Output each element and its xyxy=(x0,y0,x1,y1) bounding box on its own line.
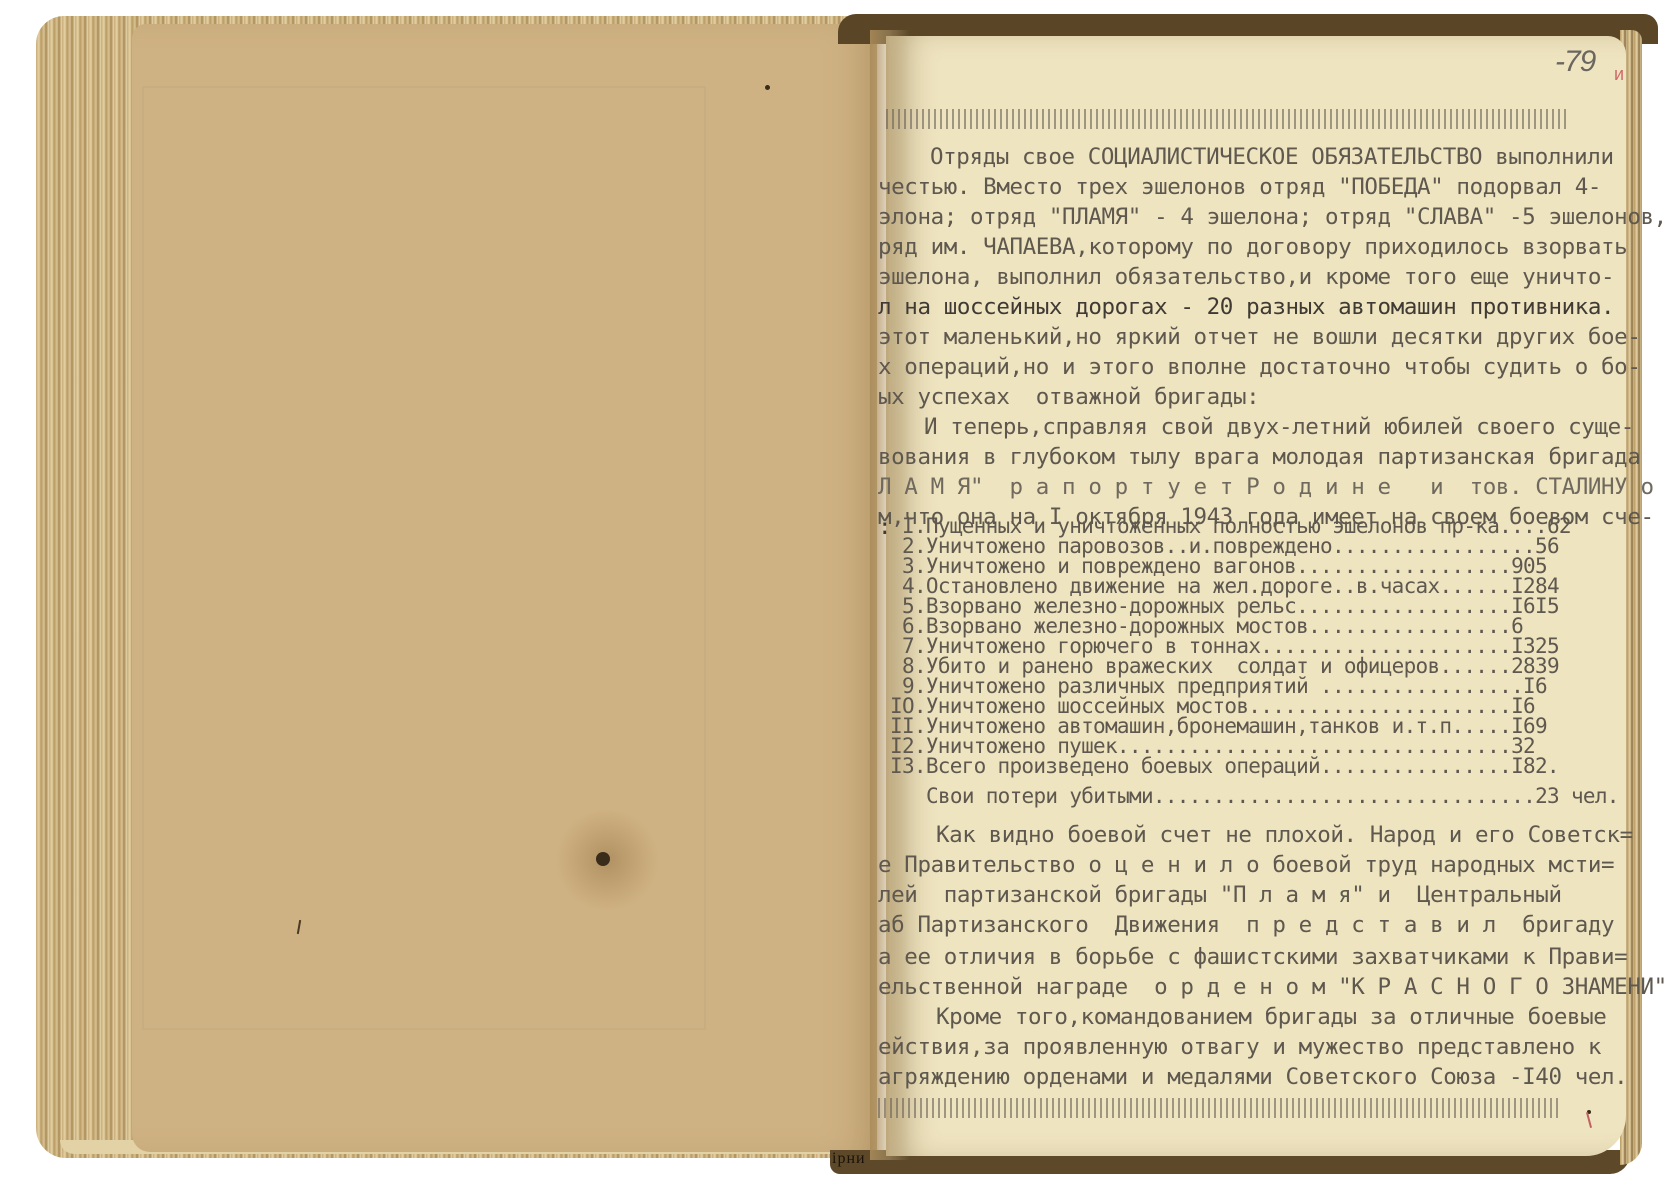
text-line: Как видно боевой счет не плохой. Народ и… xyxy=(936,822,1633,848)
text-line: а ее отличия в борьбе с фашистскими захв… xyxy=(878,944,1627,970)
left-page-ink-spot xyxy=(596,852,610,866)
text-line: честью. Вместо трех эшелонов отряд "ПОБЕ… xyxy=(878,174,1601,200)
text-line: вования в глубоком тылу врага молодая па… xyxy=(878,444,1640,470)
tally-row: I3.Всего произведено боевых операций....… xyxy=(890,754,1559,778)
own-losses-row: Свои потери убитыми.....................… xyxy=(926,784,1619,808)
text-line: ействия,за проявленную отвагу и мужество… xyxy=(878,1034,1601,1060)
text-line: агряждению орденами и медалями Советског… xyxy=(878,1064,1627,1090)
typed-separator-bottom xyxy=(878,1098,1558,1118)
spine-imprint: ірни xyxy=(832,1150,866,1168)
text-line: И теперь,справляя свой двух-летний юбиле… xyxy=(924,414,1634,440)
page-number-red-mark: и xyxy=(1614,64,1624,85)
tally-value: I82. xyxy=(1511,754,1559,778)
text-line: Отряды свое СОЦИАЛИСТИЧЕСКОЕ ОБЯЗАТЕЛЬСТ… xyxy=(930,144,1614,170)
text-line: х операций,но и этого вполне достаточно … xyxy=(878,354,1640,380)
tally-num: I3. xyxy=(890,754,926,778)
losses-label: Свои потери убитыми.....................… xyxy=(926,784,1535,808)
text-line: ряд им. ЧАПАЕВА,которому по договору при… xyxy=(878,234,1627,260)
page-number-handwritten: -79 xyxy=(1555,45,1595,79)
losses-value: 23 чел. xyxy=(1535,784,1619,808)
text-line: этот маленький,но яркий отчет не вошли д… xyxy=(878,324,1640,350)
tally-label: Всего произведено боевых операций.......… xyxy=(926,754,1511,778)
text-line: л на шоссейных дорогах - 20 разных автом… xyxy=(878,294,1614,320)
text-line: Л А М Я" р а п о р т у е т Р о д и н е и… xyxy=(878,474,1654,500)
text-line: лей партизанской бригады "П л а м я" и Ц… xyxy=(878,882,1562,908)
left-page-dot-mark xyxy=(765,85,770,90)
typed-separator-top xyxy=(886,109,1566,129)
text-line: Кроме того,командованием бригады за отли… xyxy=(936,1004,1606,1030)
text-line: элона; отряд "ПЛАМЯ" - 4 эшелона; отряд … xyxy=(878,204,1667,230)
text-line: е Правительство о ц е н и л о боевой тру… xyxy=(878,852,1614,878)
text-line: ых успехах отважной бригады: xyxy=(878,384,1259,410)
text-line: аб Партизанского Движения п р е д с т а … xyxy=(878,912,1614,938)
text-line: эшелона, выполнил обязательство,и кроме … xyxy=(878,264,1614,290)
text-line: ельственной награде о р д е н о м "К Р А… xyxy=(878,974,1667,1000)
tally-lead-colon: : xyxy=(878,514,891,540)
